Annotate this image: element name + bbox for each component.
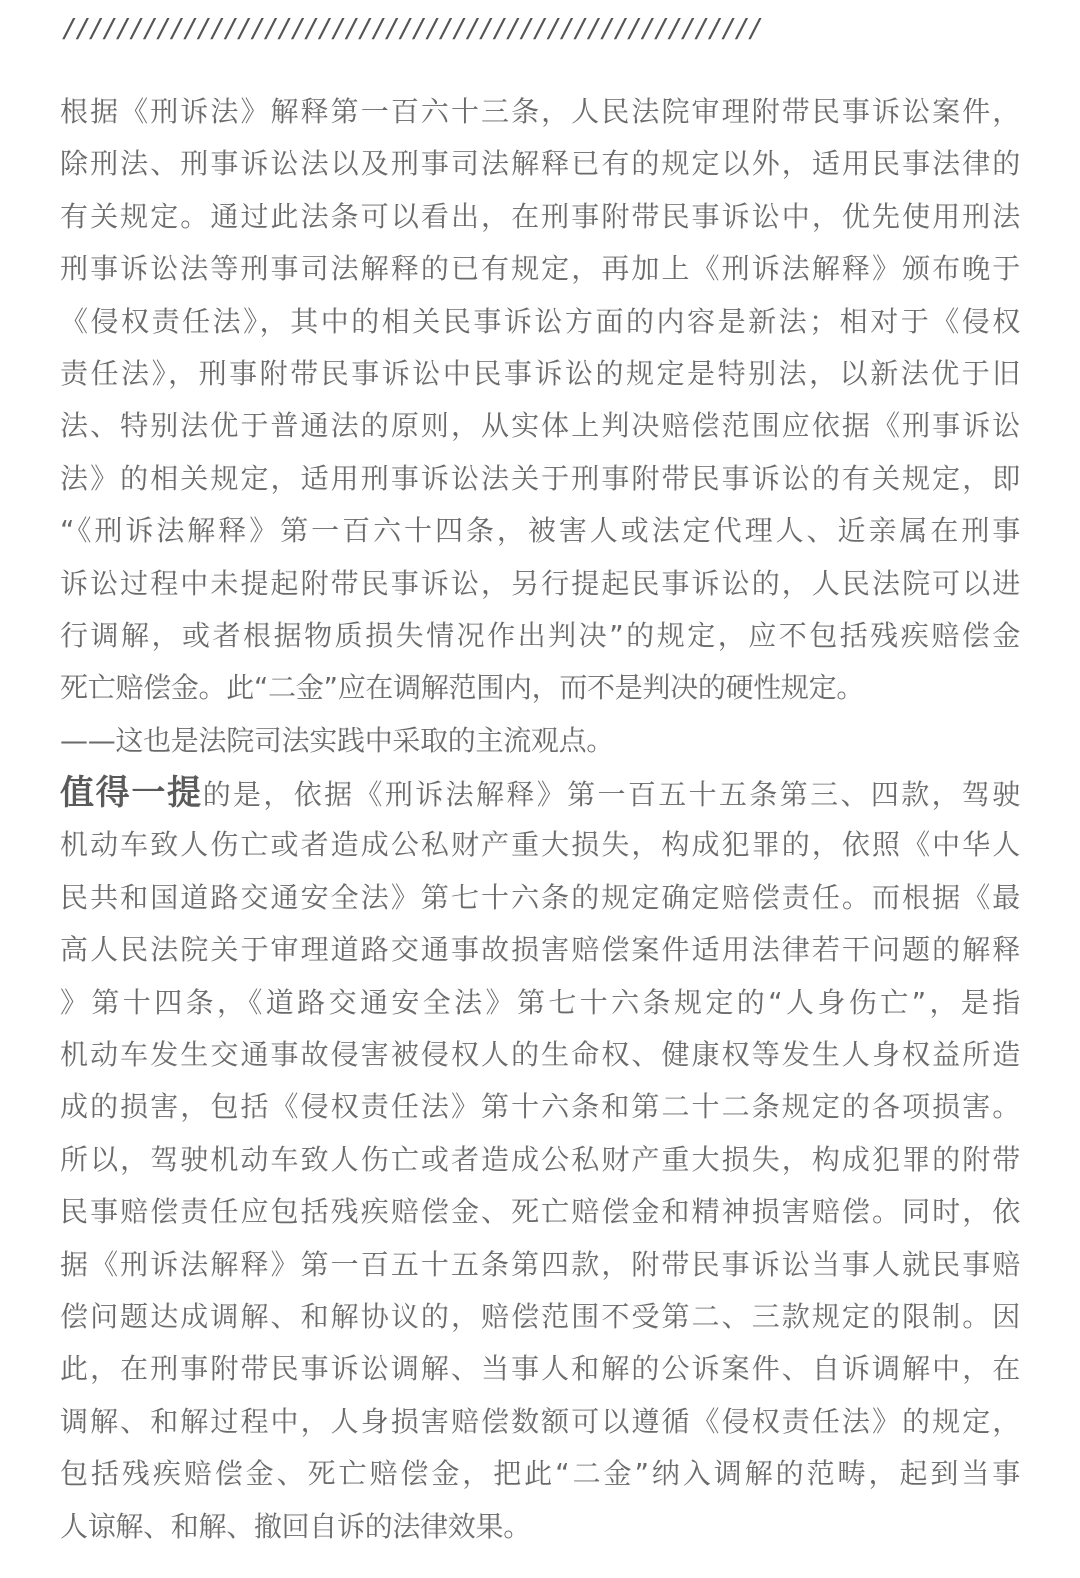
text-line: 除刑法、刑事诉讼法以及刑事司法解释已有的规定以外，适用民事法律的 <box>60 138 1020 190</box>
text-line: 根据《刑诉法》解释第一百六十三条，人民法院审理附带民事诉讼案件， <box>60 86 1020 138</box>
text-line: 《侵权责任法》，其中的相关民事诉讼方面的内容是新法；相对于《侵权 <box>60 296 1020 348</box>
text-line: 》第十四条，《道路交通安全法》第七十六条规定的“人身伤亡”，是指 <box>60 977 1020 1029</box>
text-line: 民事赔偿责任应包括残疾赔偿金、死亡赔偿金和精神损害赔偿。同时，依 <box>60 1186 1020 1238</box>
text-line: 诉讼过程中未提起附带民事诉讼，另行提起民事诉讼的，人民法院可以进 <box>60 558 1020 610</box>
text-line: 人谅解、和解、撤回自诉的法律效果。 <box>60 1501 1020 1553</box>
text-line: 民共和国道路交通安全法》第七十六条的规定确定赔偿责任。而根据《最 <box>60 872 1020 924</box>
text-line: 包括残疾赔偿金、死亡赔偿金，把此“二金”纳入调解的范畴，起到当事 <box>60 1448 1020 1500</box>
lead-line-rest: 的是，依据《刑诉法解释》第一百五十五条第三、四款，驾驶 <box>203 778 1020 811</box>
text-line: 据《刑诉法解释》第一百五十五条第四款，附带民事诉讼当事人就民事赔 <box>60 1239 1020 1291</box>
text-line-attribution: ——这也是法院司法实践中采取的主流观点。 <box>60 715 1020 767</box>
text-line-lead: 值得一提的是，依据《刑诉法解释》第一百五十五条第三、四款，驾驶 <box>60 767 1020 819</box>
lead-emphasis: 值得一提 <box>60 773 203 813</box>
text-line: 责任法》，刑事附带民事诉讼中民事诉讼的规定是特别法，以新法优于旧 <box>60 348 1020 400</box>
text-line: 所以，驾驶机动车致人伤亡或者造成公私财产重大损失，构成犯罪的附带 <box>60 1134 1020 1186</box>
text-line: “《刑诉法解释》第一百六十四条，被害人或法定代理人、近亲属在刑事 <box>60 505 1020 557</box>
text-line: 法、特别法优于普通法的原则，从实体上判决赔偿范围应依据《刑事诉讼 <box>60 400 1020 452</box>
text-line: 有关规定。通过此法条可以看出，在刑事附带民事诉讼中，优先使用刑法 <box>60 191 1020 243</box>
paragraph-2: 值得一提的是，依据《刑诉法解释》第一百五十五条第三、四款，驾驶 机动车致人伤亡或… <box>60 767 1020 1553</box>
text-line: 机动车致人伤亡或者造成公私财产重大损失，构成犯罪的，依照《中华人 <box>60 819 1020 871</box>
text-line: 法》的相关规定，适用刑事诉讼法关于刑事附带民事诉讼的有关规定，即 <box>60 453 1020 505</box>
text-line: 此，在刑事附带民事诉讼调解、当事人和解的公诉案件、自诉调解中，在 <box>60 1343 1020 1395</box>
text-line: 刑事诉讼法等刑事司法解释的已有规定，再加上《刑诉法解释》颁布晚于 <box>60 243 1020 295</box>
text-line: 高人民法院关于审理道路交通事故损害赔偿案件适用法律若干问题的解释 <box>60 924 1020 976</box>
text-line: 调解、和解过程中，人身损害赔偿数额可以遵循《侵权责任法》的规定， <box>60 1396 1020 1448</box>
article-body: 根据《刑诉法》解释第一百六十三条，人民法院审理附带民事诉讼案件， 除刑法、刑事诉… <box>60 86 1020 1553</box>
text-line: 死亡赔偿金。此“二金”应在调解范围内，而不是判决的硬性规定。 <box>60 662 1020 714</box>
text-line: 行调解，或者根据物质损失情况作出判决”的规定，应不包括残疾赔偿金 <box>60 610 1020 662</box>
text-line: 偿问题达成调解、和解协议的，赔偿范围不受第二、三款规定的限制。因 <box>60 1291 1020 1343</box>
paragraph-1: 根据《刑诉法》解释第一百六十三条，人民法院审理附带民事诉讼案件， 除刑法、刑事诉… <box>60 86 1020 767</box>
text-line: 成的损害，包括《侵权责任法》第十六条和第二十二条规定的各项损害。 <box>60 1081 1020 1133</box>
text-line: 机动车发生交通事故侵害被侵权人的生命权、健康权等发生人身权益所造 <box>60 1029 1020 1081</box>
decorative-slash-divider: ////////////////////////////////////////… <box>62 14 1014 44</box>
